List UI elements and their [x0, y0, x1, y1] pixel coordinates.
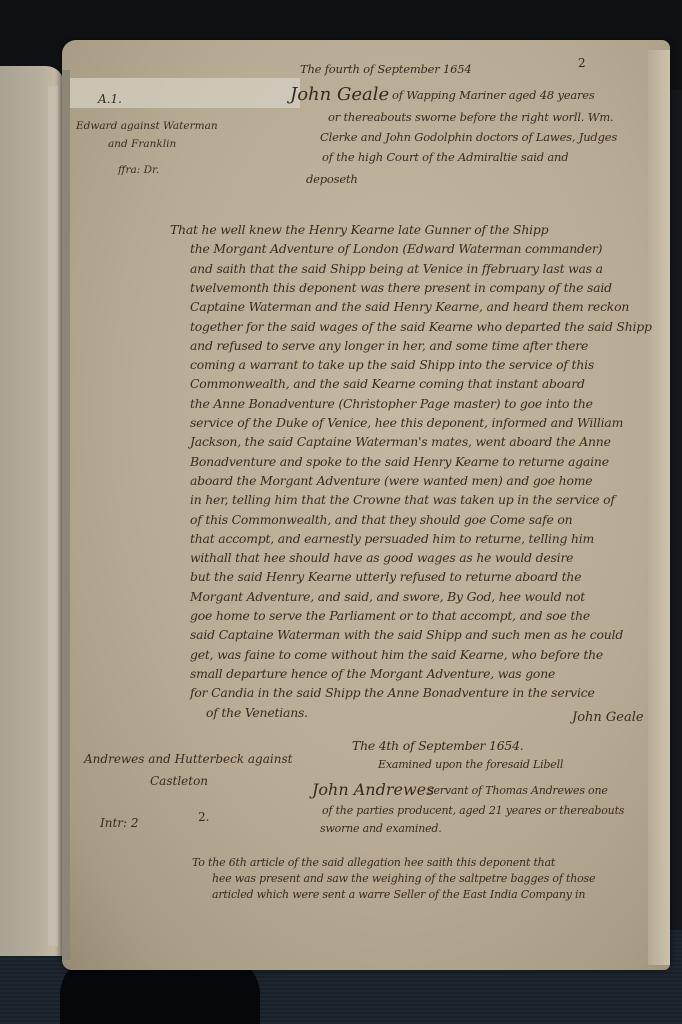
- folio-number: 2: [578, 56, 586, 70]
- second-deponent-line-1: servant of Thomas Andrewes one: [428, 784, 608, 797]
- deposition-line: small departure hence of the Morgant Adv…: [190, 666, 555, 681]
- deposition-line: Morgant Adventure, and said, and swore, …: [190, 589, 585, 604]
- deposition-line: the Anne Bonadventure (Christopher Page …: [190, 396, 593, 411]
- deposition-line: twelvemonth this deponent was there pres…: [190, 280, 612, 295]
- deposition-line: get, was faine to come without him the s…: [190, 647, 603, 662]
- deposition-line: of this Commonwealth, and that they shou…: [190, 512, 572, 527]
- deposition-line: Captaine Waterman and the said Henry Kea…: [190, 299, 629, 314]
- margin-ref: A.1.: [98, 92, 122, 106]
- deposition-line: service of the Duke of Venice, hee this …: [190, 415, 623, 430]
- left-page-edge: [0, 66, 64, 956]
- answer-line-3: articled which were sent a warre Seller …: [212, 888, 585, 901]
- deposition-line: withall that hee should have as good wag…: [190, 550, 573, 565]
- date-line: The fourth of September 1654: [300, 62, 472, 76]
- deposition-line: together for the said wages of the said …: [190, 319, 652, 334]
- deposition-line: coming a warrant to take up the said Shi…: [190, 357, 594, 372]
- deponent-line-1: of Wapping Mariner aged 48 yeares: [392, 88, 595, 102]
- answer-line-1: To the 6th article of the said allegatio…: [192, 856, 555, 869]
- signature-john-geale: John Geale: [572, 710, 644, 725]
- deponent-name: John Geale: [290, 84, 389, 105]
- margin-case-title-1: Edward against Waterman: [76, 120, 218, 132]
- deposition-line: aboard the Morgant Adventure (were wante…: [190, 473, 592, 488]
- deponent-line-4: of the high Court of the Admiraltie said…: [322, 150, 568, 164]
- margin-case-title-2: and Franklin: [108, 138, 176, 150]
- deposition-line: of the Venetians.: [206, 705, 308, 720]
- second-deponent-line-2: of the parties producent, aged 21 yeares…: [322, 804, 624, 817]
- deposition-line: that accompt, and earnestly persuaded hi…: [190, 531, 594, 546]
- deposition-line: and saith that the said Shipp being at V…: [190, 261, 603, 276]
- answer-line-2: hee was present and saw the weighing of …: [212, 872, 595, 885]
- deposition-line: That he well knew the Henry Kearne late …: [170, 222, 548, 237]
- second-deponent-name: John Andrewes: [312, 780, 434, 799]
- second-margin-case-1: Andrewes and Hutterbeck against: [84, 752, 292, 766]
- second-margin-case-2: Castleton: [150, 774, 208, 788]
- page-fore-edge: [648, 50, 670, 965]
- deposition-line: but the said Henry Kearne utterly refuse…: [190, 569, 581, 584]
- examined-line: Examined upon the foresaid Libell: [378, 758, 563, 771]
- second-margin-ref: Intr: 2: [100, 816, 139, 830]
- deposition-line: in her, telling him that the Crowne that…: [190, 492, 615, 507]
- second-margin-sub: 2.: [198, 810, 209, 824]
- deposition-line: Jackson, the said Captaine Waterman's ma…: [190, 434, 611, 449]
- deponent-line-5: deposeth: [306, 172, 358, 186]
- deposition-line: the Morgant Adventure of London (Edward …: [190, 241, 602, 256]
- deposition-line: Bonadventure and spoke to the said Henry…: [190, 454, 609, 469]
- deponent-line-2: or thereabouts sworne before the right w…: [328, 110, 614, 124]
- page-gutter: [62, 70, 70, 960]
- deposition-line: goe home to serve the Parliament or to t…: [190, 608, 590, 623]
- margin-case-note: ffra: Dr.: [118, 164, 159, 176]
- deposition-line: for Candia in the said Shipp the Anne Bo…: [190, 685, 595, 700]
- second-date-line: The 4th of September 1654.: [352, 738, 524, 753]
- deponent-line-3: Clerke and John Godolphin doctors of Law…: [320, 130, 617, 144]
- deposition-line: Commonwealth, and the said Kearne coming…: [190, 376, 585, 391]
- second-deponent-line-3: sworne and examined.: [320, 822, 442, 835]
- deposition-line: and refused to serve any longer in her, …: [190, 338, 588, 353]
- deposition-line: said Captaine Waterman with the said Shi…: [190, 627, 623, 642]
